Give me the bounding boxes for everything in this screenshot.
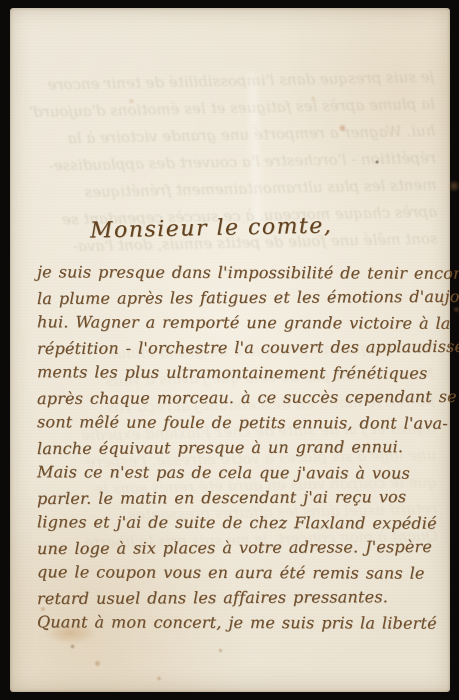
paper-crease: [189, 68, 321, 238]
foxing-spot: [218, 648, 223, 653]
letter-salutation: Monsieur le comte,: [90, 213, 333, 243]
foxing-spot: [70, 644, 75, 649]
bleedthrough-line: hui. Wagner a remporté une grande victoi…: [23, 118, 435, 154]
foxing-spot: [94, 660, 101, 667]
foxing-spot: [453, 306, 459, 313]
letter-body: je suis presque dans l'impossibilité de …: [37, 260, 440, 635]
letter-line: parler. le matin en descendant j'ai reçu…: [37, 484, 440, 511]
foxing-spot: [338, 124, 347, 132]
letter-line: ments les plus ultramontainement frénéti…: [37, 359, 440, 385]
foxing-spot: [156, 676, 162, 681]
foxing-spot: [375, 160, 379, 164]
letter-line: sont mêlé une foule de petits ennuis, do…: [37, 409, 440, 435]
letter-line: je suis presque dans l'impossibilité de …: [37, 259, 440, 285]
letter-line: hui. Wagner a remporté une grande victoi…: [37, 309, 440, 335]
letter-line: la plume après les fatigues et les émoti…: [37, 284, 440, 311]
letter-line: répétition - l'orchestre l'a couvert des…: [37, 334, 440, 361]
letter-line: que le coupon vous en aura été remis san…: [37, 559, 440, 585]
letter-line: après chaque morceau. à ce succès cepend…: [37, 384, 440, 411]
letter-line: une loge à six places à votre adresse. J…: [37, 534, 440, 561]
foxing-spot: [447, 180, 459, 192]
letter-line: Quant à mon concert, je me suis pris la …: [37, 609, 440, 635]
letter-photograph: je suis presque dans l'impossibilité de …: [0, 0, 459, 700]
bleedthrough-line: ments les plus ultramontainement frénéti…: [24, 172, 436, 208]
bleedthrough-line: la plume après les fatigues et les émoti…: [23, 91, 435, 127]
letter-line: lanche équivaut presque à un grand ennui…: [37, 434, 440, 461]
letter-line: retard usuel dans les affaires pressante…: [37, 584, 440, 611]
letter-line: lignes et j'ai de suite de chez Flaxland…: [37, 509, 440, 535]
foxing-spot: [128, 98, 135, 104]
letter-line: Mais ce n'est pas de cela que j'avais à …: [37, 459, 440, 485]
letter-paper: je suis presque dans l'impossibilité de …: [10, 8, 450, 692]
foxing-spot: [310, 96, 316, 101]
bleedthrough-line: répétition - l'orchestre l'a couvert des…: [24, 145, 436, 181]
bleedthrough-line: je suis presque dans l'impossibilité de …: [22, 64, 434, 100]
